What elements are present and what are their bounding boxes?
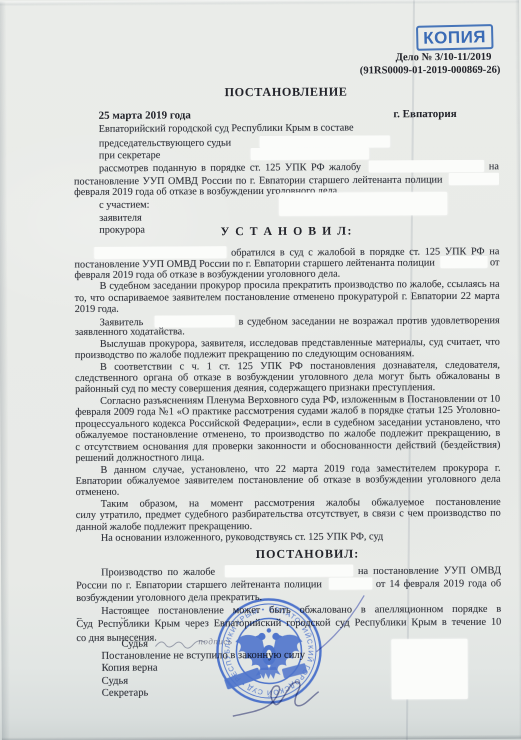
text-run: Копия верна xyxy=(102,663,158,674)
text-run: данной жалобе подлежит прекращению. xyxy=(76,521,252,533)
body-line: На основании изложенного, руководствуясь… xyxy=(76,531,501,546)
pen-stroke xyxy=(306,589,376,654)
redaction-box xyxy=(251,148,369,161)
case-number-block: Дело № 3/10-11/2019 (91RS0009-01-2019-00… xyxy=(360,52,501,78)
page-edge-shadow-right xyxy=(515,0,521,739)
text-run: председательствующего судьи xyxy=(99,137,231,149)
findings-paragraphs: обратился в суд с жалобой в порядке ст. … xyxy=(74,245,499,247)
redaction-box xyxy=(369,160,484,173)
text-run: с участием: xyxy=(99,199,149,210)
redaction-box xyxy=(225,565,353,578)
scanned-court-document: КОПИЯ Дело № 3/10-11/2019 (91RS0009-01-2… xyxy=(0,0,521,740)
page-edge-shadow-left xyxy=(0,1,10,740)
text-run: на постановление УУП ОМВД xyxy=(358,565,501,577)
text-run: Судья xyxy=(121,639,148,650)
document-title: ПОСТАНОВЛЕНИЕ xyxy=(74,84,499,101)
date-city-line: 25 марта 2019 года г. Евпатория xyxy=(74,108,499,122)
redaction-box xyxy=(260,135,390,148)
signature-flourish xyxy=(227,678,337,724)
document-content: КОПИЯ Дело № 3/10-11/2019 (91RS0009-01-2… xyxy=(0,0,521,740)
header-paragraph: Евпаторийский городской суд Республики К… xyxy=(74,122,499,124)
document-date: 25 марта 2019 года xyxy=(74,109,191,122)
text-run: отменено. xyxy=(76,487,120,498)
text-run: решений должностного лица. xyxy=(75,452,204,464)
case-number: Дело № 3/10-11/2019 xyxy=(360,52,492,65)
redaction-box-parties xyxy=(279,192,447,216)
redaction-box-signatures xyxy=(391,639,467,699)
postanovil-heading: ПОСТАНОВИЛ: xyxy=(95,546,520,563)
text-run: На основании изложенного, руководствуясь… xyxy=(101,532,383,544)
copy-stamp: КОПИЯ xyxy=(416,24,493,51)
text-run: Производство по жалобе xyxy=(101,567,215,579)
text-run: заявленного ходатайства. xyxy=(75,327,185,339)
page-edge-shadow-top xyxy=(0,0,519,6)
text-run: заявителя xyxy=(99,212,142,223)
text-run: на xyxy=(489,161,499,172)
judge-signature-scribble xyxy=(151,634,211,652)
text-run: февраля 2019 года об отказе в возбуждени… xyxy=(74,268,340,280)
document-city: г. Евпатория xyxy=(393,108,456,120)
text-run: Евпаторийский городской суд Республики К… xyxy=(99,123,354,135)
redaction-box xyxy=(440,256,487,268)
text-run: при секретаре xyxy=(99,150,160,161)
text-run: 2019 года. xyxy=(75,304,119,315)
case-uid: (91RS0009-01-2019-000869-26) xyxy=(360,64,501,77)
text-run: Судья xyxy=(102,675,129,686)
redaction-box xyxy=(449,172,499,184)
page-edge-shadow-bottom xyxy=(2,735,521,740)
ustanovil-heading: У С Т А Н О В И Л: xyxy=(74,223,499,240)
text-run: Секретарь xyxy=(102,687,149,698)
resolution-paragraphs: Производство по жалобе на постановление … xyxy=(76,564,501,566)
